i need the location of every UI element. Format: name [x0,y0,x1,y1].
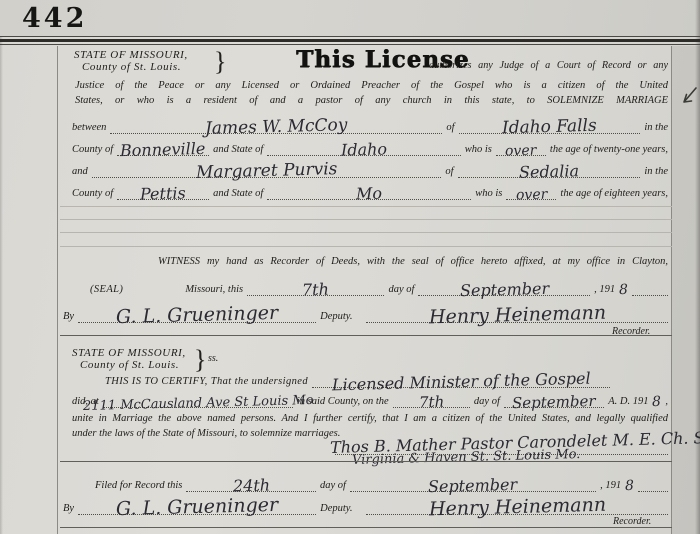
cert-day-entry: 7th [418,395,444,411]
ledger-page: 442 STATE OF MISSOURI, County of St. Lou… [0,0,700,534]
intro-line2: Justice of the Peace or any Licensed or … [75,80,668,92]
witness-signature-row: By G. L. Grueninger Deputy. Henry Heinem… [63,297,668,323]
place-entry: 2111 McCausland Ave St Louis Mo [82,394,313,413]
section-divider [60,335,672,336]
bride-name-row: and Margaret Purvis of Sedalia in the [72,154,668,178]
minister-address: Virginia & Haven St. St. Louis Mo. [352,448,581,467]
and-state-of-label-2: and State of [213,188,263,200]
scan-right-edge [695,0,700,534]
seal-label: (SEAL) [90,284,123,296]
witness-day-entry: 7th [302,282,329,299]
between-row: between James W. McCoy of Idaho Falls in… [72,110,668,134]
day-of-label: day of [388,284,414,296]
ad-comma: , [665,396,668,408]
cert-year-entry: 8 [652,395,661,409]
recorder-signature-field: Henry Heinemann [366,309,668,323]
section-divider-2 [60,461,672,462]
witness-year-trailing-dots [632,282,668,296]
did-at-row: did, at 2111 McCausland Ave St Louis Mo … [72,384,668,408]
bride-county-row: County of Pettis and State of Mo who is … [72,176,668,200]
bride-state-field: Mo [267,186,471,200]
day-of-label-2: day of [474,396,500,408]
witness-clause: WITNESS my hand as Recorder of Deeds, wi… [158,256,668,268]
bride-age-field: over [506,186,556,200]
certificate-line4: under the laws of the State of Missouri,… [72,428,340,440]
groom-county-row: County of Bonneville and State of Idaho … [72,132,668,156]
by-label: By [63,311,74,323]
recorder-label-2: Recorder. [613,516,651,527]
bride-county-field: Pettis [117,186,209,200]
intro-line3: States, or who is a resident of and a pa… [75,95,668,107]
by-label-2: By [63,503,74,515]
ledger-line [60,219,672,220]
bottom-divider [60,527,672,528]
top-rule-thick [0,39,700,42]
pen-arrow-icon [680,86,698,108]
ss-label: ss. [208,353,218,364]
minister-address-wrap: Virginia & Haven St. St. Louis Mo. [352,448,580,466]
witness-month-field: September [418,282,590,296]
top-rule-thin-2 [0,44,700,45]
filed-signature-row: By G. L. Grueninger Deputy. Henry Heinem… [63,489,668,515]
cert-month-entry: September [512,394,596,411]
who-is-label-2: who is [475,188,502,200]
ad-prefix-label: A. D. 191 [608,396,648,408]
top-rule-thin [0,36,700,37]
left-margin-rule [57,46,58,534]
year-prefix-label: , 191 [594,284,615,296]
deputy-signature-field: G. L. Grueninger [78,309,316,323]
filed-deputy-signature-field: G. L. Grueninger [78,501,316,515]
brace-glyph: } [214,47,226,77]
missouri-this-label: Missouri, this [185,284,243,296]
place-field: 2111 McCausland Ave St Louis Mo [103,394,293,408]
bride-county-entry: Pettis [140,185,186,202]
ledger-line [60,246,672,247]
recorder-signature: Henry Heinemann [428,304,606,328]
deputy-label: Deputy. [320,311,352,323]
ledger-line [60,232,672,233]
cert-month-field: September [504,394,604,408]
intro-after-title: authorizes any Judge of a Court of Recor… [429,60,668,71]
bride-age-suffix: the age of eighteen years, [560,188,668,200]
page-number: 442 [22,3,87,34]
witness-day-field: 7th [247,282,384,296]
county-of-label-2: County of [72,188,113,200]
filed-deputy-signature: G. L. Grueninger [116,496,279,519]
certificate-line3: unite in Marriage the above named person… [72,413,668,425]
filed-recorder-signature-field: Henry Heinemann [366,501,668,515]
bride-age-entry: over [516,188,548,203]
ledger-line [60,206,672,207]
bride-state-entry: Mo [356,186,382,203]
deputy-signature: G. L. Grueninger [116,304,279,327]
witness-year-entry: 8 [619,283,628,297]
deputy-label-2: Deputy. [320,503,352,515]
license-jurisdiction-heading: STATE OF MISSOURI, County of St. Louis. … [74,49,244,73]
witness-date-row: (SEAL) Missouri, this 7th day of Septemb… [90,272,668,296]
scan-left-edge [0,36,3,534]
cert-day-field: 7th [393,394,470,408]
top-margin-strip [0,0,700,36]
filed-recorder-signature: Henry Heinemann [428,496,606,520]
